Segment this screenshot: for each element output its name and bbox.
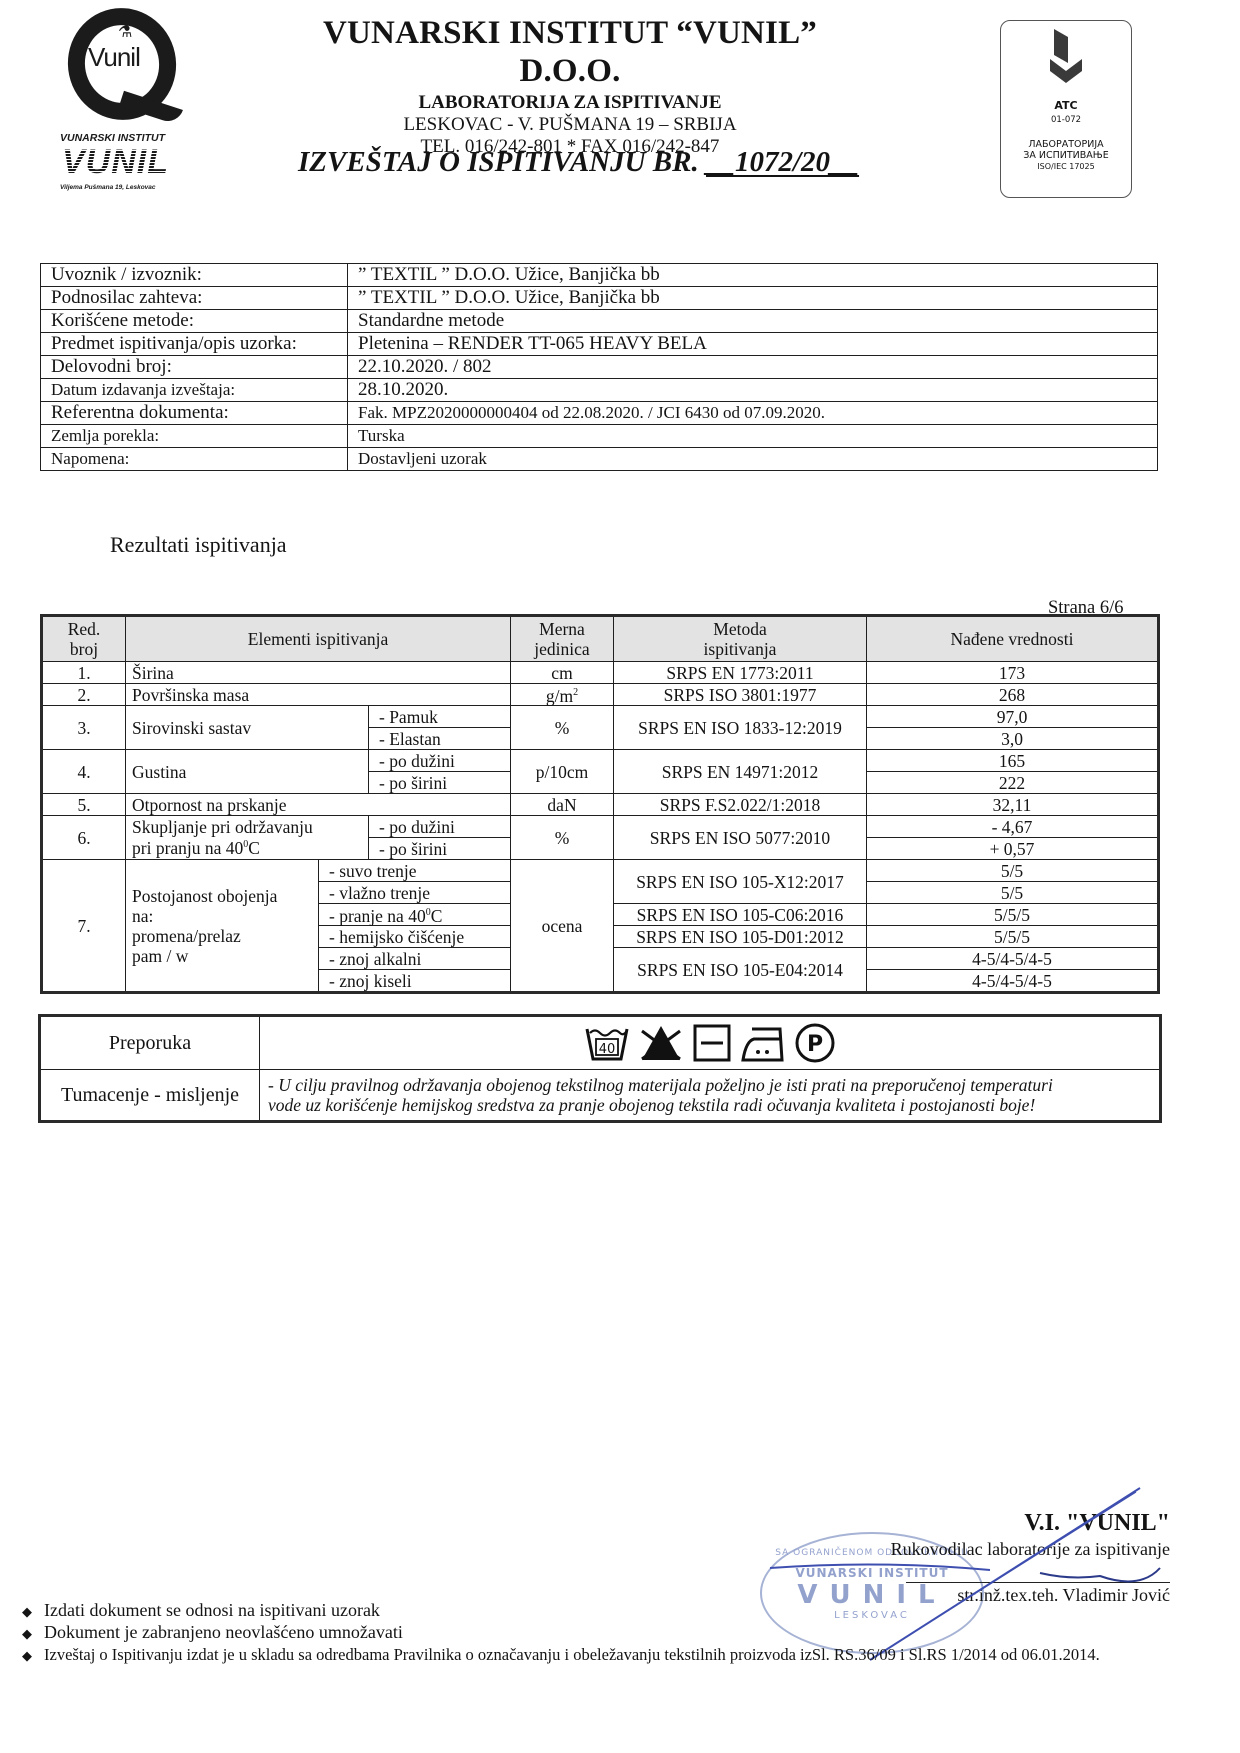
results-header-row: Red.broj Elementi ispitivanja Mernajedin… <box>42 616 1159 662</box>
info-row: Zemlja porekla:Turska <box>41 425 1158 448</box>
info-row: Podnosilac zahteva:” TEXTIL ” D.O.O. Uži… <box>41 287 1158 310</box>
company-address: LESKOVAC - V. PUŠMANA 19 – SRBIJA <box>270 114 870 136</box>
atc-standard: ISO/IEC 17025 <box>1001 161 1131 172</box>
col-header-value: Nađene vrednosti <box>867 616 1159 662</box>
table-row: 4. Gustina - po dužini p/10cm SRPS EN 14… <box>42 750 1159 772</box>
info-label: Delovodni broj: <box>41 356 348 379</box>
table-row: 2. Površinska masa g/m2 SRPS ISO 3801:19… <box>42 684 1159 706</box>
letterhead: VUNARSKI INSTITUT “VUNIL” D.O.O. LABORAT… <box>270 14 870 158</box>
laboratory-name: LABORATORIJA ZA ISPITIVANJE <box>270 92 870 114</box>
info-value: ” TEXTIL ” D.O.O. Užice, Banjička bb <box>348 264 1158 287</box>
info-row: Korišćene metode:Standardne metode <box>41 310 1158 333</box>
col-header-unit: Mernajedinica <box>511 616 614 662</box>
info-value: Pletenina – RENDER TT-065 HEAVY BELA <box>348 333 1158 356</box>
microscope-icon: ⚗ <box>118 22 132 42</box>
info-value: Fak. MPZ2020000000404 od 22.08.2020. / J… <box>348 402 1158 425</box>
info-label: Podnosilac zahteva: <box>41 287 348 310</box>
info-label: Uvoznik / izvoznik: <box>41 264 348 287</box>
col-header-element: Elementi ispitivanja <box>126 616 511 662</box>
svg-text:P: P <box>806 1032 822 1057</box>
logo-brand: VUNIL <box>62 145 169 179</box>
accreditation-badge: ATC 01-072 ЛАБОРАТОРИЈА ЗА ИСПИТИВАЊЕ IS… <box>1000 20 1132 198</box>
recommendation-label: Preporuka <box>40 1016 260 1070</box>
svg-text:40: 40 <box>598 1042 615 1057</box>
signature-role: Rukovodilac laboratorije za ispitivanje <box>860 1539 1170 1560</box>
iron-medium-icon <box>740 1023 786 1063</box>
info-value: Standardne metode <box>348 310 1158 333</box>
info-row: Uvoznik / izvoznik:” TEXTIL ” D.O.O. Uži… <box>41 264 1158 287</box>
table-row: 3. Sirovinski sastav - Pamuk % SRPS EN I… <box>42 706 1159 728</box>
care-symbols: 40 P <box>260 1016 1161 1070</box>
atc-logo-icon <box>1046 33 1086 89</box>
info-label: Predmet ispitivanja/opis uzorka: <box>41 333 348 356</box>
opinion-text: - U cilju pravilnog održavanja obojenog … <box>260 1070 1161 1122</box>
institute-logo: ⚗ Vunil VUNARSKI INSTITUT VUNIL Viljema … <box>50 4 200 199</box>
table-row: 6. Skupljanje pri održavanjupri pranju n… <box>42 816 1159 838</box>
info-value: Dostavljeni uzorak <box>348 448 1158 471</box>
info-label: Napomena: <box>41 448 348 471</box>
atc-code: 01-072 <box>1001 115 1131 125</box>
col-header-method: Metodaispitivanja <box>614 616 867 662</box>
info-row: Napomena:Dostavljeni uzorak <box>41 448 1158 471</box>
col-header-no: Red.broj <box>42 616 126 662</box>
results-heading: Rezultati ispitivanja <box>110 532 287 558</box>
atc-line1: ЛАБОРАТОРИЈА <box>1001 139 1131 150</box>
opinion-row: Tumacenje - misljenje - U cilju pravilno… <box>40 1070 1161 1122</box>
info-label: Korišćene metode: <box>41 310 348 333</box>
table-row: 1. Širina cm SRPS EN 1773:2011 173 <box>42 662 1159 684</box>
no-bleach-icon <box>638 1023 684 1063</box>
note-item: ◆Izdati dokument se odnosi na ispitivani… <box>10 1600 1210 1622</box>
sample-info-table: Uvoznik / izvoznik:” TEXTIL ” D.O.O. Uži… <box>40 263 1158 471</box>
note-item: ◆Dokument je zabranjeno neovlašćeno umno… <box>10 1622 1210 1644</box>
info-row: Delovodni broj:22.10.2020. / 802 <box>41 356 1158 379</box>
results-table: Red.broj Elementi ispitivanja Mernajedin… <box>40 614 1160 994</box>
logo-q-text: Vunil <box>88 42 140 73</box>
report-title-text: IZVEŠTAJ O ISPITIVANJU BR. <box>298 146 699 178</box>
info-row: Predmet ispitivanja/opis uzorka:Pletenin… <box>41 333 1158 356</box>
info-row: Datum izdavanja izveštaja:28.10.2020. <box>41 379 1158 402</box>
diamond-bullet-icon: ◆ <box>10 1645 44 1666</box>
info-label: Zemlja porekla: <box>41 425 348 448</box>
info-value: Turska <box>348 425 1158 448</box>
footer-notes: ◆Izdati dokument se odnosi na ispitivani… <box>10 1600 1210 1666</box>
signature-block: V.I. "VUNIL" Rukovodilac laboratorije za… <box>860 1510 1170 1606</box>
recommendation-table: Preporuka 40 <box>38 1014 1162 1123</box>
atc-line2: ЗА ИСПИТИВАЊЕ <box>1001 150 1131 161</box>
recommendation-row: Preporuka 40 <box>40 1016 1161 1070</box>
dry-flat-icon <box>692 1023 732 1063</box>
signature-organization: V.I. "VUNIL" <box>860 1510 1170 1537</box>
info-label: Datum izdavanja izveštaja: <box>41 379 348 402</box>
report-title: IZVEŠTAJ O ISPITIVANJU BR. __1072/20__ <box>298 146 859 179</box>
table-row: 5. Otpornost na prskanje daN SRPS F.S2.0… <box>42 794 1159 816</box>
note-item: ◆Izveštaj o Ispitivanju izdat je u sklad… <box>10 1644 1210 1666</box>
wash-40-icon: 40 <box>584 1023 630 1063</box>
company-name: VUNARSKI INSTITUT “VUNIL” D.O.O. <box>270 14 870 90</box>
info-row: Referentna dokumenta:Fak. MPZ20200000004… <box>41 402 1158 425</box>
info-value: 28.10.2020. <box>348 379 1158 402</box>
dry-clean-p-icon: P <box>794 1022 836 1064</box>
atc-name: ATC <box>1001 99 1131 112</box>
logo-address: Viljema Pušmana 19, Leskovac <box>60 184 156 191</box>
table-row: 7. Postojanost obojenja na: promena/prel… <box>42 860 1159 882</box>
signature-line <box>906 1582 1170 1583</box>
info-value: 22.10.2020. / 802 <box>348 356 1158 379</box>
diamond-bullet-icon: ◆ <box>10 1623 44 1644</box>
info-label: Referentna dokumenta: <box>41 402 348 425</box>
opinion-label: Tumacenje - misljenje <box>40 1070 260 1122</box>
info-value: ” TEXTIL ” D.O.O. Užice, Banjička bb <box>348 287 1158 310</box>
diamond-bullet-icon: ◆ <box>10 1601 44 1622</box>
report-number: __1072/20__ <box>706 146 859 178</box>
